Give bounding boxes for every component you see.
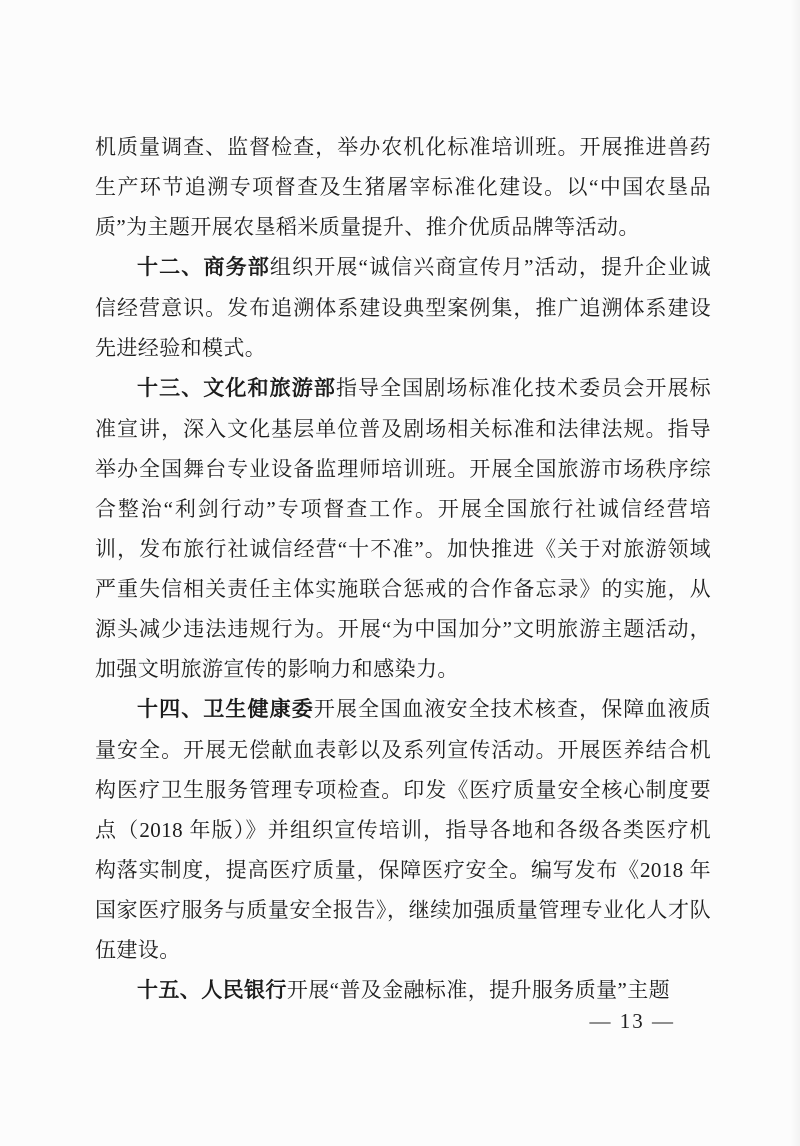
paragraph-12: 十二、商务部组织开展“诚信兴商宣传月”活动，提升企业诚信经营意识。发布追溯体系建… [95, 247, 711, 368]
paragraph-lead: 十四、卫生健康委 [137, 698, 314, 721]
page-number: — 13 — [590, 1009, 676, 1033]
paragraph-text: 开展全国血液安全技术核查，保障血液质量安全。开展无偿献血表彰以及系列宣传活动。开… [95, 697, 711, 962]
paragraph-lead: 十二、商务部 [137, 256, 270, 279]
paragraph-lead: 十五、人民银行 [137, 979, 287, 1002]
paragraph-13: 十三、文化和旅游部指导全国剧场标准化技术委员会开展标准宣讲，深入文化基层单位普及… [95, 368, 711, 689]
paragraph-text: 机质量调查、监督检查，举办农机化标准培训班。开展推进兽药生产环节追溯专项督查及生… [95, 135, 711, 239]
document-page: 机质量调查、监督检查，举办农机化标准培训班。开展推进兽药生产环节追溯专项督查及生… [0, 0, 800, 1146]
paragraph-lead: 十三、文化和旅游部 [137, 377, 336, 400]
paragraph-text: 指导全国剧场标准化技术委员会开展标准宣讲，深入文化基层单位普及剧场相关标准和法律… [95, 376, 711, 681]
document-body: 机质量调查、监督检查，举办农机化标准培训班。开展推进兽药生产环节追溯专项督查及生… [95, 127, 711, 1011]
paragraph-text: 开展“普及金融标准，提升服务质量”主题 [287, 978, 670, 1002]
page-footer: — 13 — [590, 1005, 676, 1037]
paragraph-14: 十四、卫生健康委开展全国血液安全技术核查，保障血液质量安全。开展无偿献血表彰以及… [95, 689, 711, 970]
scan-edge-artifact [790, 0, 800, 1146]
paragraph-continuation: 机质量调查、监督检查，举办农机化标准培训班。开展推进兽药生产环节追溯专项督查及生… [95, 127, 711, 247]
